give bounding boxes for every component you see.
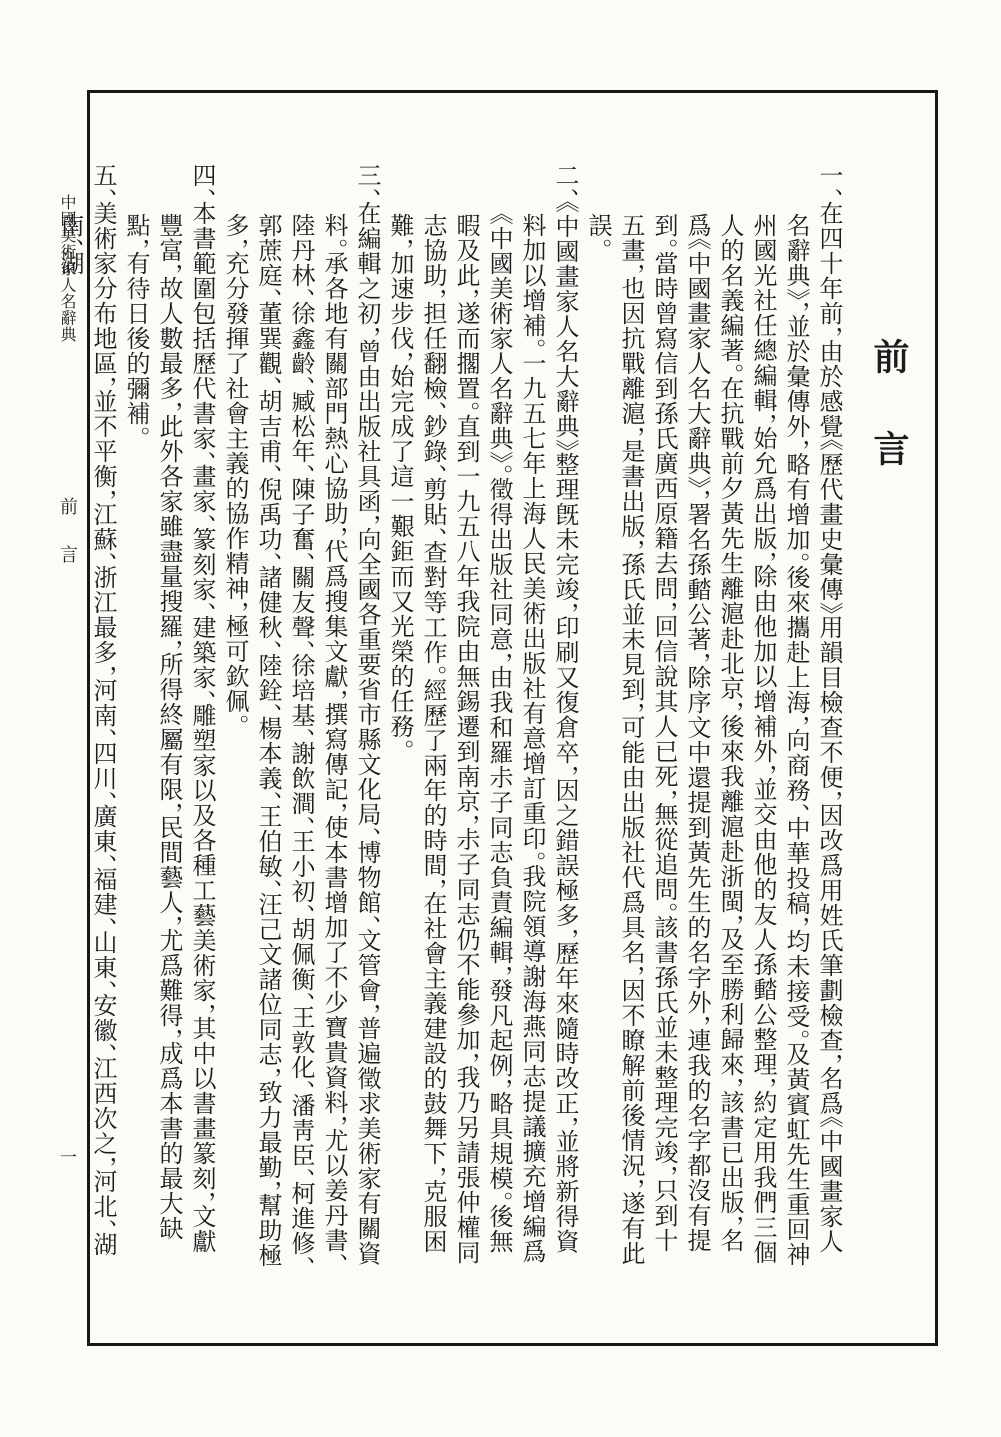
preface-item-5: 五、美術家分布地區，並不平衡，江蘇、浙江最多，河南、四川、廣東、福建、山東、安徽… <box>53 163 119 1275</box>
item-number: 四、 <box>188 163 216 201</box>
item-number: 三、 <box>353 163 381 201</box>
item-text: 在四十年前，由於感覺《歷代畫史彙傳》用韻目檢查不便，因改爲用姓氏筆劃檢查，名爲《… <box>584 201 843 1267</box>
item-number: 一、 <box>815 163 843 201</box>
book-page: 中國美術家人名辭典 前言 一 前言 一、在四十年前，由於感覺《歷代畫史彙傳》用韻… <box>0 0 1001 1437</box>
preface-item-3: 三、在編輯之初，曾由出版社具函，向全國各重要省市縣文化局、博物館、文管會，普遍徵… <box>218 163 383 1275</box>
page-title: 前言 <box>845 163 933 1275</box>
item-text: 在編輯之初，曾由出版社具函，向全國各重要省市縣文化局、博物館、文管會，普遍徵求美… <box>221 201 381 1269</box>
item-text: 《中國畫家人名大辭典》整理旣未完竣，印刷又復倉卒，因之錯誤極多，歷年來隨時改正，… <box>386 201 579 1265</box>
item-text: 本書範圍包括歷代書家、畫家、篆刻家、建築家、雕塑家以及各種工藝美術家，其中以書畫… <box>122 201 216 1254</box>
preface-item-4: 四、本書範圍包括歷代書家、畫家、篆刻家、建築家、雕塑家以及各種工藝美術家，其中以… <box>119 163 218 1275</box>
item-text: 美術家分布地區，並不平衡，江蘇、浙江最多，河南、四川、廣東、福建、山東、安徽、江… <box>56 201 117 1257</box>
item-number: 五、 <box>89 163 117 201</box>
preface-item-1: 一、在四十年前，由於感覺《歷代畫史彙傳》用韻目檢查不便，因改爲用姓氏筆劃檢查，名… <box>581 163 845 1275</box>
page-frame: 前言 一、在四十年前，由於感覺《歷代畫史彙傳》用韻目檢查不便，因改爲用姓氏筆劃檢… <box>87 90 938 1346</box>
item-number: 二、 <box>551 163 579 201</box>
preface-item-2: 二、《中國畫家人名大辭典》整理旣未完竣，印刷又復倉卒，因之錯誤極多，歷年來隨時改… <box>383 163 581 1275</box>
preface-text-block: 前言 一、在四十年前，由於感覺《歷代畫史彙傳》用韻目檢查不便，因改爲用姓氏筆劃檢… <box>94 163 933 1275</box>
